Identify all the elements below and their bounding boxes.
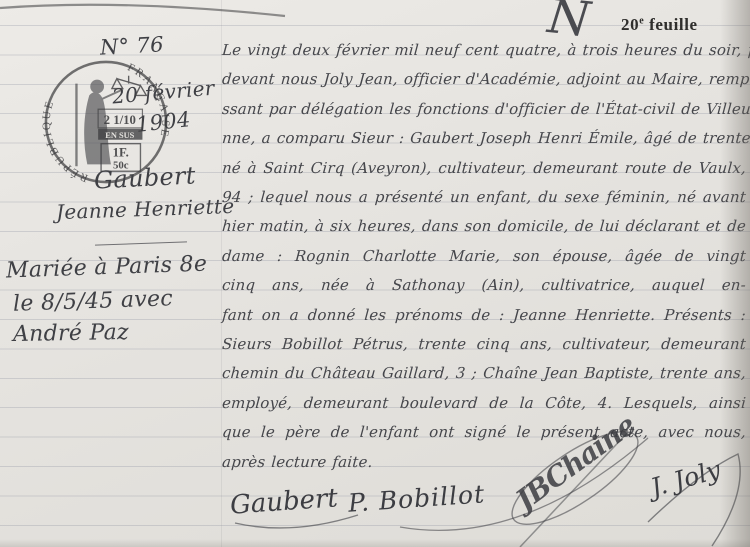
page-top-edge	[0, 5, 285, 16]
signature-gaubert: Gaubert	[229, 483, 339, 520]
stamp-rate-text: 2 1/10	[104, 113, 136, 127]
margin-child-surname: Gaubert	[93, 161, 196, 194]
act-line: Le vingt deux février mil neuf cent quat…	[221, 36, 747, 65]
sheet-number-label: 20e feuille	[621, 15, 698, 35]
act-line: né à Saint Cirq (Aveyron), cultivateur, …	[221, 154, 747, 183]
stamp-arc-republique: RÉPUBLIQUE	[42, 98, 90, 184]
signature-bobillot: P. Bobillot	[347, 479, 486, 517]
marriage-note-line-1: Mariée à Paris 8e	[6, 251, 208, 283]
sheet-word: feuille	[649, 15, 698, 34]
act-line: Sieurs Bobillot Pétrus, trente cinq ans,…	[221, 330, 747, 359]
sheet-number: 20	[621, 15, 639, 34]
sheet-ordinal: e	[639, 15, 644, 26]
stamp-rate-suffix-text: EN SUS	[105, 131, 134, 140]
act-line: ssant par délégation les fonctions d'off…	[221, 95, 747, 124]
act-line: que le père de l'enfant ont signé le pré…	[221, 418, 747, 447]
act-line: 94 ; lequel nous a présenté un enfant, d…	[221, 183, 747, 212]
act-number: N° 76	[99, 32, 164, 59]
page-bottom-edge-shadow	[0, 539, 750, 547]
act-line: devant nous Joly Jean, officier d'Académ…	[221, 65, 747, 94]
act-body-text: Le vingt deux février mil neuf cent quat…	[222, 36, 746, 477]
act-line: employé, demeurant boulevard de la Côte,…	[221, 389, 747, 418]
page-right-edge-shadow	[720, 0, 750, 547]
stamp-value-top: 1F.	[113, 145, 129, 159]
marriage-note-line-2: le 8/5/45 avec	[13, 286, 174, 317]
act-line: hier matin, à six heures, dans son domic…	[221, 212, 747, 241]
act-line: dame : Rognin Charlotte Marie, son épous…	[221, 242, 747, 271]
svg-text:RÉPUBLIQUE: RÉPUBLIQUE	[42, 98, 90, 184]
flourish-divider-line	[95, 241, 187, 245]
act-line: nne, a comparu Sieur : Gaubert Joseph He…	[221, 124, 747, 153]
document-page: N 20e feuille N° 76 20 février 1904 RÉPU…	[0, 0, 750, 547]
act-line: fant on a donné les prénoms de : Jeanne …	[221, 301, 747, 330]
act-line: cinq ans, née à Sathonay (Ain), cultivat…	[221, 271, 747, 300]
margin-child-given-names: Jeanne Henriette	[56, 194, 235, 224]
marriage-note-line-3: André Paz	[13, 320, 129, 347]
act-line: chemin du Château Gaillard, 3 ; Chaîne J…	[221, 359, 747, 388]
